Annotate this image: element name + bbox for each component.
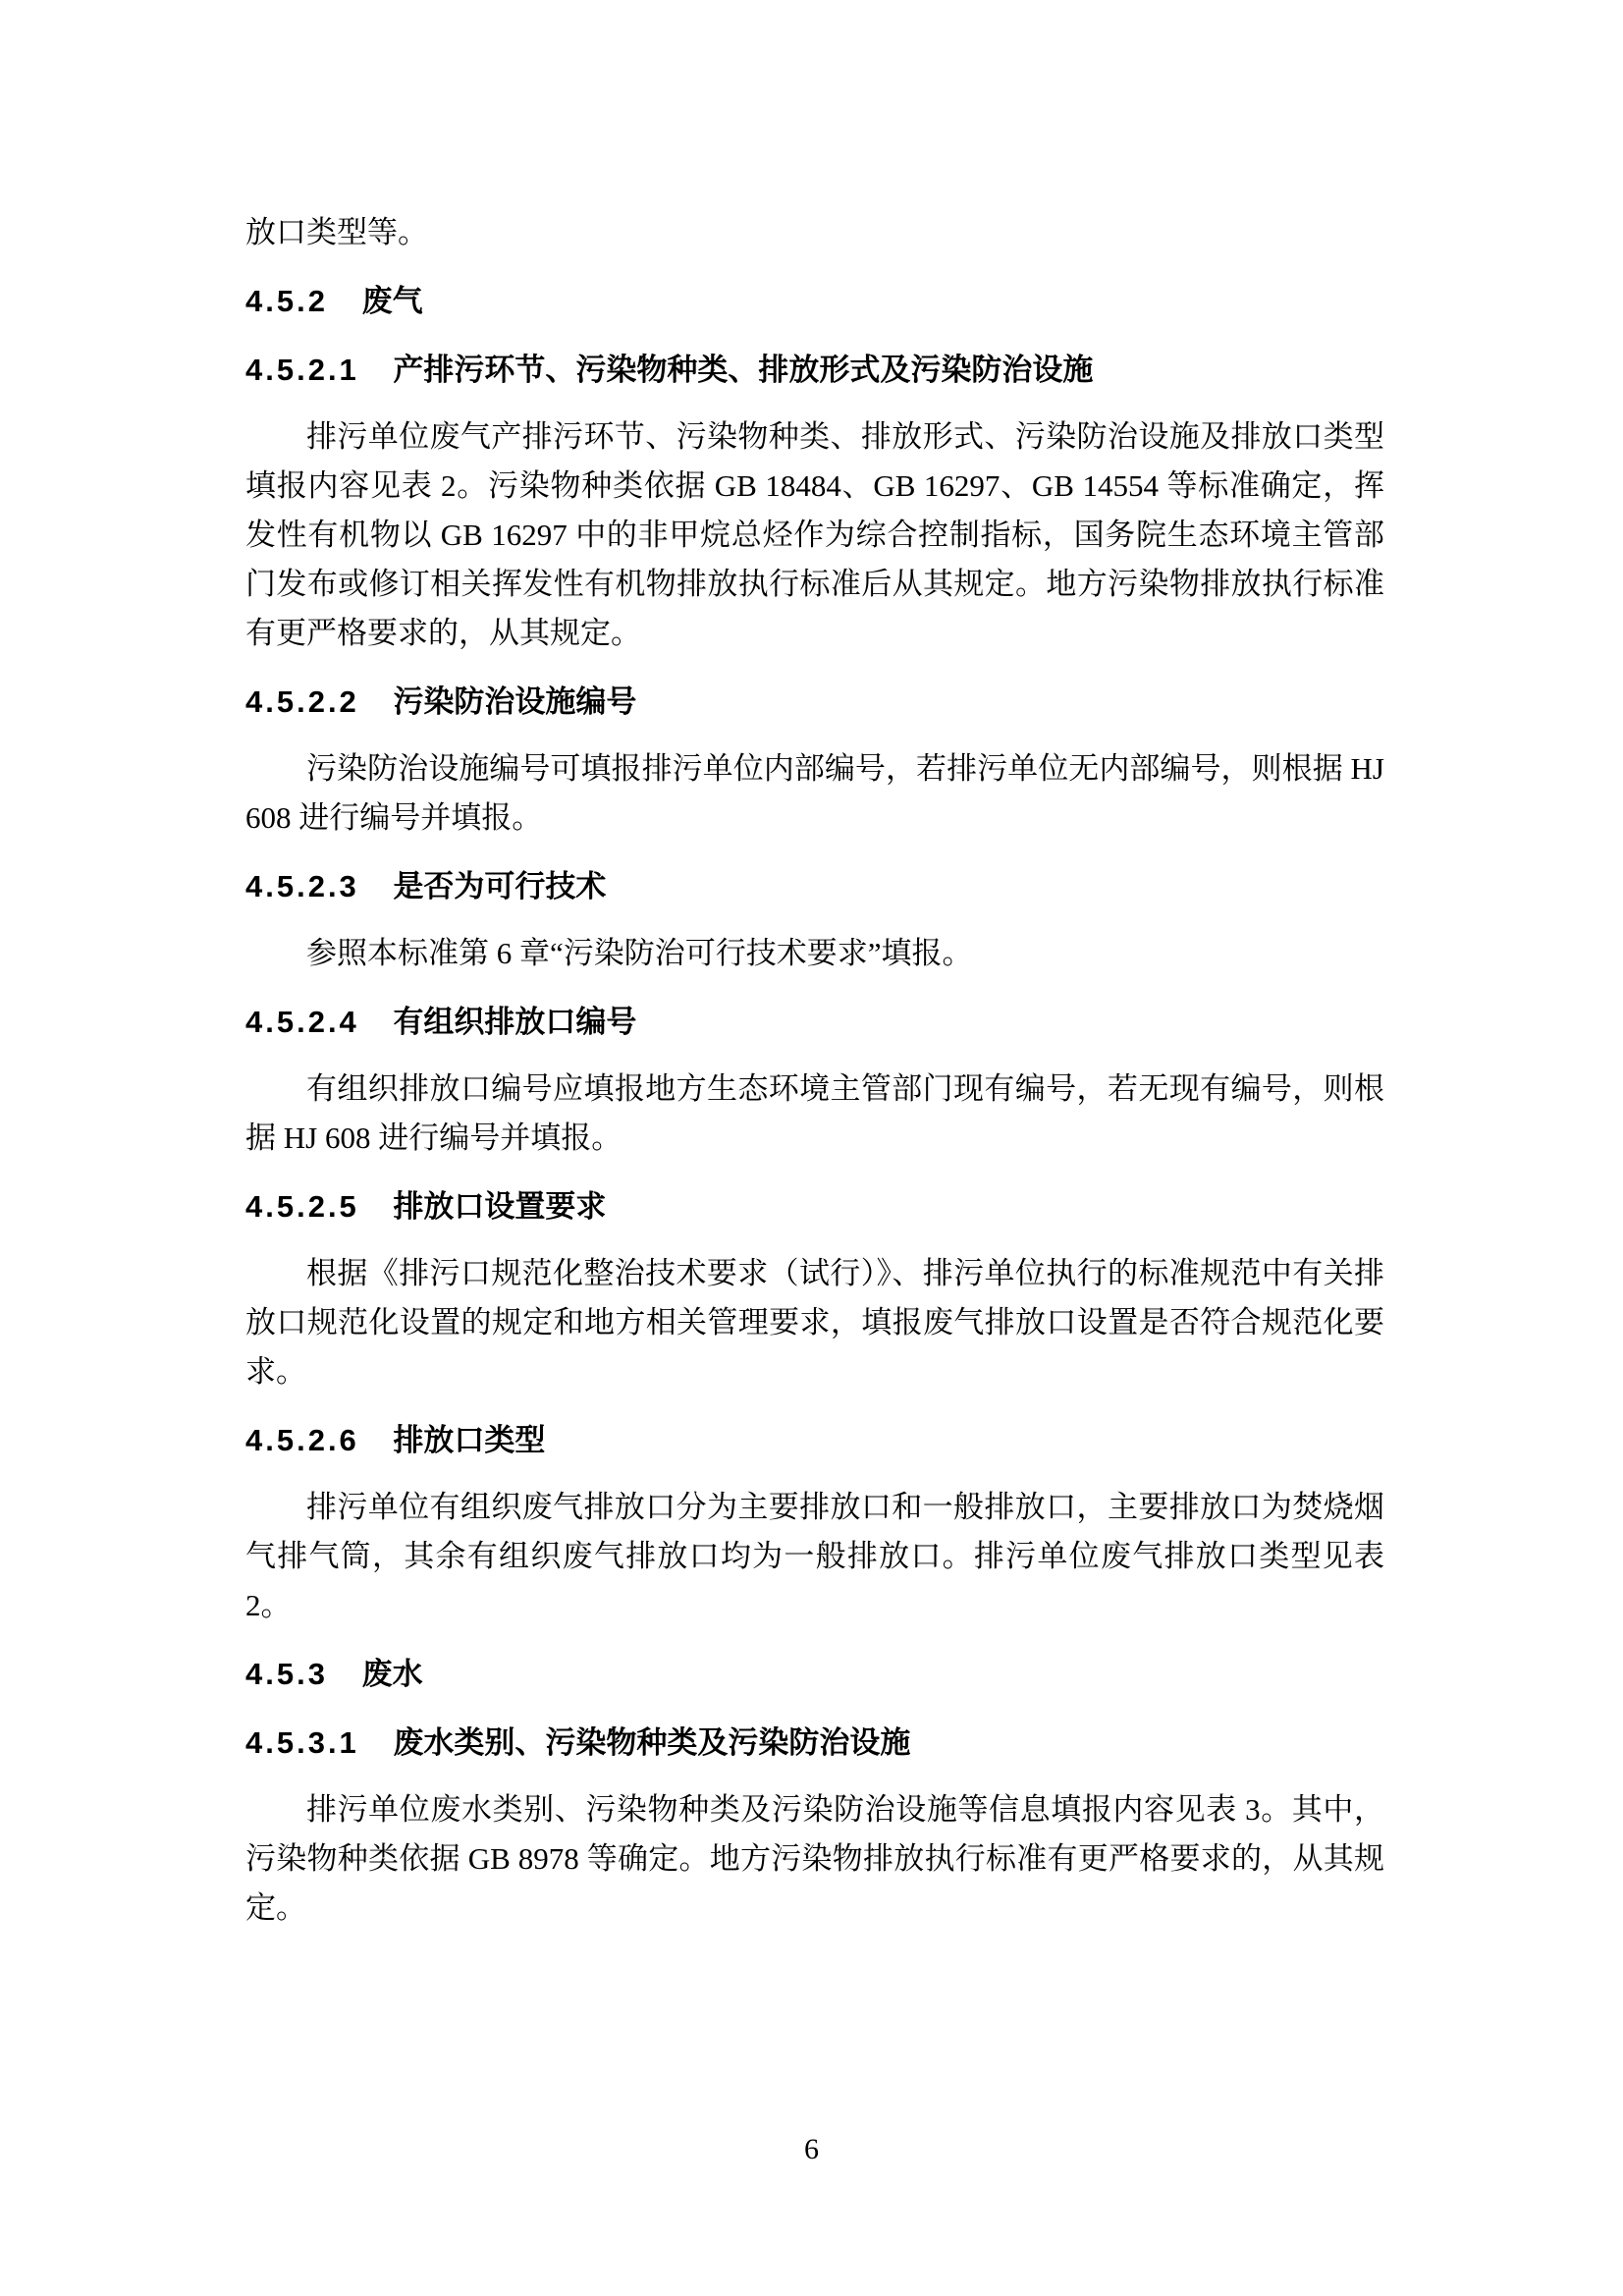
section-heading-4-5-3: 4.5.3 废水	[245, 1650, 1384, 1699]
heading-number: 4.5.2	[245, 284, 328, 318]
paragraph-continuation: 放口类型等。	[245, 208, 1384, 257]
section-heading-4-5-2-5: 4.5.2.5 排放口设置要求	[245, 1182, 1384, 1231]
heading-title: 排放口设置要求	[393, 1189, 606, 1224]
paragraph-4-5-2-4: 有组织排放口编号应填报地方生态环境主管部门现有编号，若无现有编号，则根据 HJ …	[245, 1065, 1384, 1163]
heading-number: 4.5.2.4	[245, 1005, 359, 1039]
heading-number: 4.5.2.1	[245, 353, 359, 387]
heading-number: 4.5.2.3	[245, 869, 359, 903]
section-heading-4-5-3-1: 4.5.3.1 废水类别、污染物种类及污染防治设施	[245, 1719, 1384, 1768]
paragraph-4-5-2-2: 污染防治设施编号可填报排污单位内部编号，若排污单位无内部编号，则根据 HJ 60…	[245, 744, 1384, 843]
section-heading-4-5-2: 4.5.2 废气	[245, 277, 1384, 326]
section-heading-4-5-2-6: 4.5.2.6 排放口类型	[245, 1416, 1384, 1465]
paragraph-4-5-2-6: 排污单位有组织废气排放口分为主要排放口和一般排放口，主要排放口为焚烧烟气排气筒，…	[245, 1483, 1384, 1630]
heading-title: 产排污环节、污染物种类、排放形式及污染防治设施	[393, 353, 1093, 387]
heading-title: 是否为可行技术	[393, 869, 606, 903]
section-heading-4-5-2-4: 4.5.2.4 有组织排放口编号	[245, 998, 1384, 1047]
heading-number: 4.5.2.2	[245, 684, 359, 719]
section-heading-4-5-2-1: 4.5.2.1 产排污环节、污染物种类、排放形式及污染防治设施	[245, 346, 1384, 395]
page-number: 6	[0, 2125, 1623, 2174]
heading-title: 废水类别、污染物种类及污染防治设施	[393, 1725, 910, 1760]
heading-number: 4.5.2.5	[245, 1189, 359, 1224]
heading-title: 废水	[362, 1657, 423, 1691]
heading-number: 4.5.3	[245, 1657, 328, 1691]
document-page: 放口类型等。 4.5.2 废气 4.5.2.1 产排污环节、污染物种类、排放形式…	[0, 0, 1623, 2296]
heading-number: 4.5.3.1	[245, 1725, 359, 1760]
paragraph-4-5-2-3: 参照本标准第 6 章“污染防治可行技术要求”填报。	[245, 929, 1384, 978]
heading-number: 4.5.2.6	[245, 1423, 359, 1457]
section-heading-4-5-2-3: 4.5.2.3 是否为可行技术	[245, 862, 1384, 911]
paragraph-4-5-3-1: 排污单位废水类别、污染物种类及污染防治设施等信息填报内容见表 3。其中，污染物种…	[245, 1785, 1384, 1933]
document-body: 放口类型等。 4.5.2 废气 4.5.2.1 产排污环节、污染物种类、排放形式…	[245, 208, 1384, 1933]
paragraph-4-5-2-5: 根据《排污口规范化整治技术要求（试行）》、排污单位执行的标准规范中有关排放口规范…	[245, 1249, 1384, 1396]
section-heading-4-5-2-2: 4.5.2.2 污染防治设施编号	[245, 678, 1384, 727]
paragraph-4-5-2-1: 排污单位废气产排污环节、污染物种类、排放形式、污染防治设施及排放口类型填报内容见…	[245, 412, 1384, 658]
heading-title: 排放口类型	[393, 1423, 545, 1457]
heading-title: 污染防治设施编号	[393, 684, 636, 719]
heading-title: 废气	[362, 284, 423, 318]
heading-title: 有组织排放口编号	[393, 1005, 636, 1039]
